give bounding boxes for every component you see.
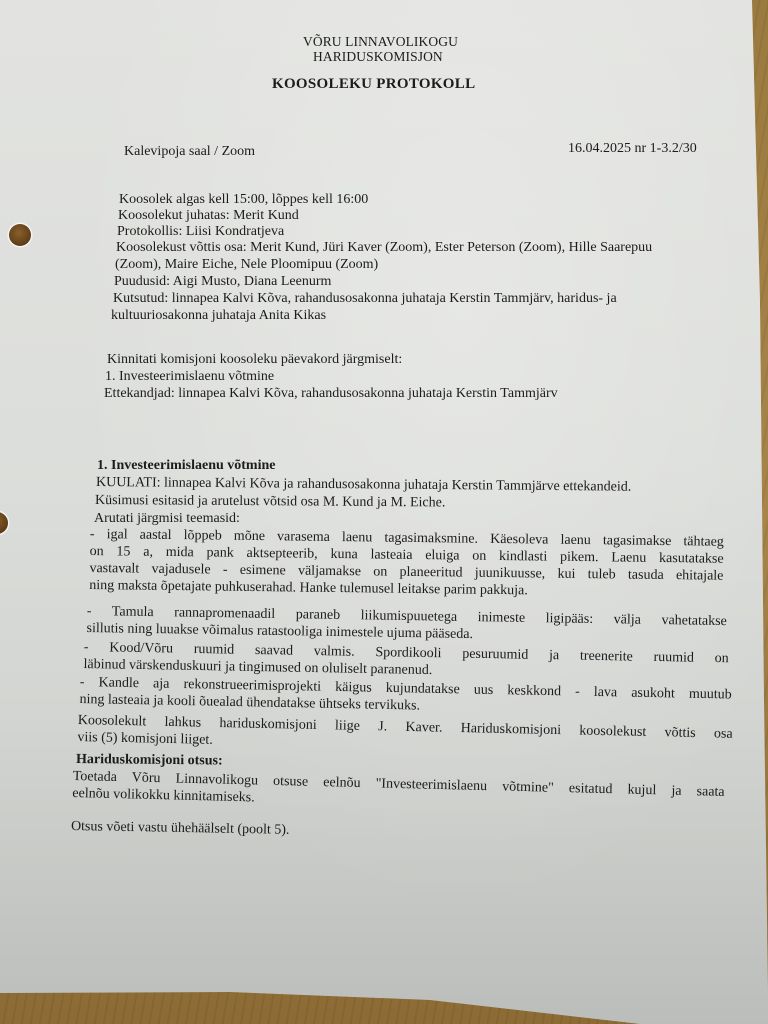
topics-intro: Arutati järgmisi teemasid: <box>94 510 240 527</box>
invited-guests-cont: kultuuriosakonna juhataja Anita Kikas <box>111 307 326 324</box>
vote-result: Otsus võeti vastu ühehäälselt (poolt 5). <box>71 818 290 839</box>
meeting-time: Koosolek algas kell 15:00, lõppes kell 1… <box>119 191 368 208</box>
agenda-intro: Kinnitati komisjoni koosoleku päevakord … <box>107 351 402 368</box>
topic-loan: - igal aastal lõppeb mõne varasema laenu… <box>89 526 724 602</box>
punch-hole <box>9 224 31 246</box>
date-and-number: 16.04.2025 nr 1-3.2/30 <box>568 140 697 157</box>
decision-heading: Hariduskomisjoni otsus: <box>76 751 223 770</box>
decision-text: Toetada Võru Linnavolikogu otsuse eelnõu… <box>72 768 725 818</box>
punch-hole <box>0 512 8 534</box>
participants: Koosolekust võttis osa: Merit Kund, Jüri… <box>116 239 652 256</box>
paper-sheet: VÕRU LINNAVOLIKOGU HARIDUSKOMISJON KOOSO… <box>0 0 768 1024</box>
item-heading: 1. Investeerimislaenu võtmine <box>97 457 275 474</box>
committee-name: HARIDUSKOMISJON <box>313 48 443 65</box>
minutes-taker: Protokollis: Liisi Kondratjeva <box>117 223 284 240</box>
absentees: Puudusid: Aigi Musto, Diana Leenurm <box>114 273 331 290</box>
discussion-participants: Küsimusi esitasid ja arutelust võtsid os… <box>95 492 445 511</box>
chairperson: Koosolekut juhatas: Merit Kund <box>118 207 299 224</box>
agenda-presenters: Ettekandjad: linnapea Kalvi Kõva, rahand… <box>104 385 558 402</box>
participants-cont: (Zoom), Maire Eiche, Nele Ploomipuu (Zoo… <box>115 256 378 273</box>
agenda-item-1: 1. Investeerimislaenu võtmine <box>105 368 274 385</box>
invited-guests: Kutsutud: linnapea Kalvi Kõva, rahanduso… <box>113 290 617 307</box>
document-title: KOOSOLEKU PROTOKOLL <box>272 76 475 93</box>
meeting-location: Kalevipoja saal / Zoom <box>124 143 255 160</box>
